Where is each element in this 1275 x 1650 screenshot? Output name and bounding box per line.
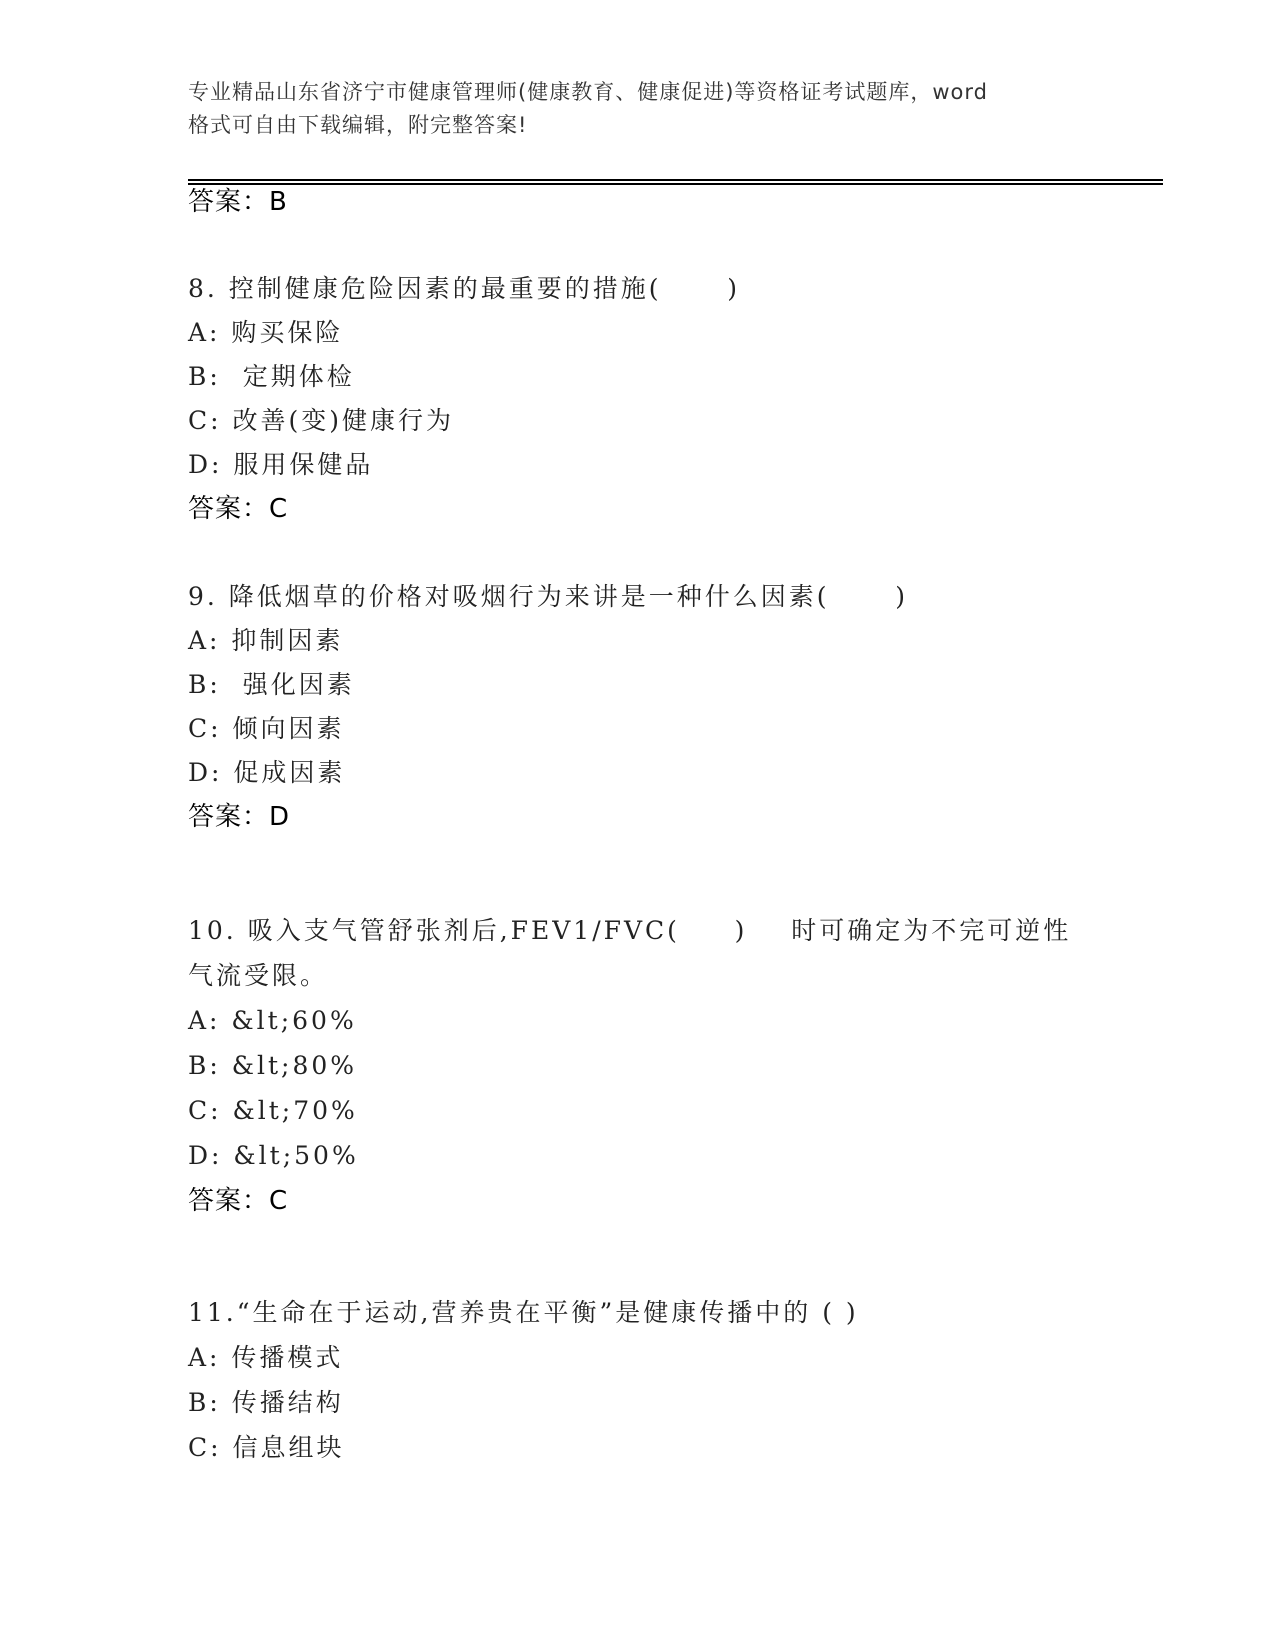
question-11-stem: 11.“生命在于运动,营养贵在平衡”是健康传播中的 ( ) — [188, 1298, 859, 1328]
header-line-1: 专业精品山东省济宁市健康管理师(健康教育、健康促进)等资格证考试题库，word — [188, 76, 1088, 109]
question-11-option-a: A: 传播模式 — [188, 1343, 343, 1373]
question-8-option-b: B: 定期体检 — [188, 362, 355, 392]
question-8-option-a: A: 购买保险 — [188, 318, 343, 348]
question-10-option-b: B: &lt;80% — [188, 1051, 357, 1081]
question-8-option-c: C: 改善(变)健康行为 — [188, 406, 454, 436]
question-9-option-d: D: 促成因素 — [188, 758, 345, 788]
question-9-option-c: C: 倾向因素 — [188, 714, 345, 744]
question-10-stem-continued: 气流受限。 — [188, 961, 328, 991]
header-rule-top — [188, 179, 1163, 181]
question-8-stem: 8. 控制健康危险因素的最重要的措施( ) — [188, 274, 740, 304]
header-line-2: 格式可自由下载编辑，附完整答案! — [188, 109, 1088, 142]
question-10-stem: 10. 吸入支气管舒张剂后,FEV1/FVC( ) 时可确定为不完可逆性 — [188, 916, 1071, 946]
question-8-answer: 答案：C — [188, 494, 288, 524]
previous-answer: 答案：B — [188, 187, 288, 217]
question-9-option-a: A: 抑制因素 — [188, 626, 343, 656]
question-9-answer: 答案：D — [188, 802, 290, 832]
question-11-option-b: B: 传播结构 — [188, 1388, 344, 1418]
header-rule-bottom — [188, 183, 1163, 185]
question-9-stem: 9. 降低烟草的价格对吸烟行为来讲是一种什么因素( ) — [188, 582, 908, 612]
question-10-option-a: A: &lt;60% — [188, 1006, 357, 1036]
question-10-option-d: D: &lt;50% — [188, 1141, 359, 1171]
question-10-answer: 答案：C — [188, 1186, 288, 1216]
question-10-option-c: C: &lt;70% — [188, 1096, 358, 1126]
question-11-option-c: C: 信息组块 — [188, 1433, 345, 1463]
document-header: 专业精品山东省济宁市健康管理师(健康教育、健康促进)等资格证考试题库，word … — [188, 76, 1088, 142]
question-9-option-b: B: 强化因素 — [188, 670, 355, 700]
question-8-option-d: D: 服用保健品 — [188, 450, 373, 480]
